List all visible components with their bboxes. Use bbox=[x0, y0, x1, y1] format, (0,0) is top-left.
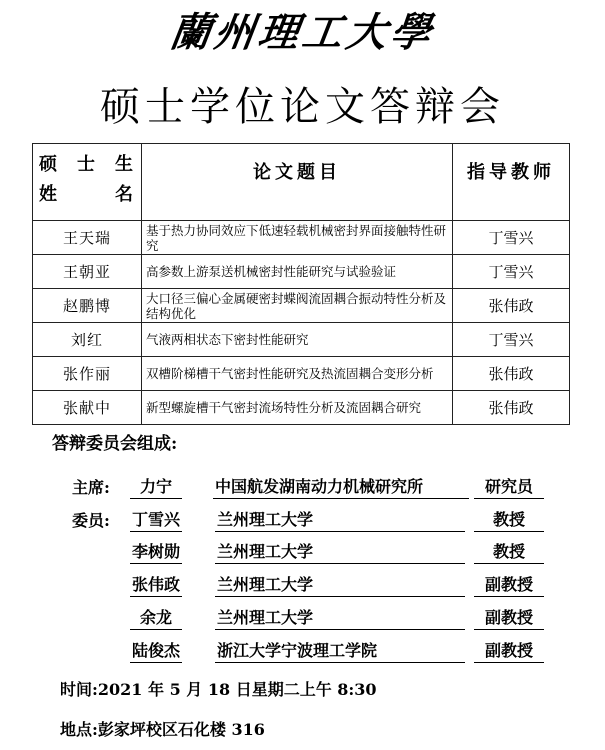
university-logo: 蘭州理工大學 bbox=[0, 8, 605, 58]
member-title: 副教授 bbox=[474, 607, 544, 630]
member-title: 副教授 bbox=[474, 574, 544, 597]
student-name: 张献中 bbox=[33, 391, 142, 425]
member-name: 张伟政 bbox=[130, 574, 182, 597]
committee-member-row: 陆俊杰 浙江大学宁波理工学院 副教授 bbox=[0, 640, 605, 668]
table-row: 王朝亚 高参数上游泵送机械密封性能研究与试验验证 丁雪兴 bbox=[33, 255, 570, 289]
student-name: 王天瑞 bbox=[33, 221, 142, 255]
student-name: 赵鹏博 bbox=[33, 289, 142, 323]
table-row: 张献中 新型螺旋槽干气密封流场特性分析及流固耦合研究 张伟政 bbox=[33, 391, 570, 425]
advisor-name: 丁雪兴 bbox=[453, 221, 570, 255]
table-row: 张作丽 双槽阶梯槽干气密封性能研究及热流固耦合变形分析 张伟政 bbox=[33, 357, 570, 391]
committee-heading: 答辩委员会组成: bbox=[52, 432, 177, 456]
committee-member-row: 委员: 丁雪兴 兰州理工大学 教授 bbox=[0, 509, 605, 537]
committee-member-row: 余龙 兰州理工大学 副教授 bbox=[0, 607, 605, 635]
committee-chair-row: 主席: 力宁 中国航发湖南动力机械研究所 研究员 bbox=[0, 476, 605, 504]
thesis-topic: 大口径三偏心金属硬密封蝶阀流固耦合振动特性分析及结构优化 bbox=[142, 289, 453, 323]
thesis-topic: 双槽阶梯槽干气密封性能研究及热流固耦合变形分析 bbox=[142, 357, 453, 391]
header-advisor: 指导教师 bbox=[453, 144, 570, 221]
table-header-row: 硕 士 生 姓 名 论文题目 指导教师 bbox=[33, 144, 570, 221]
header-thesis-topic: 论文题目 bbox=[142, 144, 453, 221]
advisor-name: 丁雪兴 bbox=[453, 255, 570, 289]
chair-label: 主席: bbox=[72, 476, 110, 500]
thesis-topic: 基于热力协同效应下低速轻载机械密封界面接触特性研究 bbox=[142, 221, 453, 255]
member-title: 副教授 bbox=[474, 640, 544, 663]
advisor-name: 张伟政 bbox=[453, 357, 570, 391]
advisor-name: 张伟政 bbox=[453, 289, 570, 323]
student-name: 张作丽 bbox=[33, 357, 142, 391]
member-org: 兰州理工大学 bbox=[215, 607, 465, 630]
chair-title: 研究员 bbox=[474, 476, 544, 499]
member-org: 浙江大学宁波理工学院 bbox=[215, 640, 465, 663]
defense-time: 时间:2021 年 5 月 18 日星期二上午 8:30 bbox=[60, 678, 377, 702]
member-title: 教授 bbox=[474, 509, 544, 532]
table-row: 赵鹏博 大口径三偏心金属硬密封蝶阀流固耦合振动特性分析及结构优化 张伟政 bbox=[33, 289, 570, 323]
committee-member-row: 张伟政 兰州理工大学 副教授 bbox=[0, 574, 605, 602]
table-row: 王天瑞 基于热力协同效应下低速轻载机械密封界面接触特性研究 丁雪兴 bbox=[33, 221, 570, 255]
member-org: 兰州理工大学 bbox=[215, 541, 465, 564]
member-name: 余龙 bbox=[130, 607, 182, 630]
page-title: 硕士学位论文答辩会 bbox=[0, 82, 605, 132]
thesis-topic: 气液两相状态下密封性能研究 bbox=[142, 323, 453, 357]
chair-org: 中国航发湖南动力机械研究所 bbox=[213, 476, 469, 499]
student-name: 刘红 bbox=[33, 323, 142, 357]
member-name: 李树勋 bbox=[130, 541, 182, 564]
member-org: 兰州理工大学 bbox=[215, 509, 465, 532]
member-title: 教授 bbox=[474, 541, 544, 564]
thesis-topic: 高参数上游泵送机械密封性能研究与试验验证 bbox=[142, 255, 453, 289]
thesis-topic: 新型螺旋槽干气密封流场特性分析及流固耦合研究 bbox=[142, 391, 453, 425]
student-name: 王朝亚 bbox=[33, 255, 142, 289]
table-row: 刘红 气液两相状态下密封性能研究 丁雪兴 bbox=[33, 323, 570, 357]
advisor-name: 张伟政 bbox=[453, 391, 570, 425]
thesis-table: 硕 士 生 姓 名 论文题目 指导教师 王天瑞 基于热力协同效应下低速轻载机械密… bbox=[32, 143, 570, 425]
chair-name: 力宁 bbox=[130, 476, 182, 499]
advisor-name: 丁雪兴 bbox=[453, 323, 570, 357]
committee-member-row: 李树勋 兰州理工大学 教授 bbox=[0, 541, 605, 569]
member-name: 陆俊杰 bbox=[130, 640, 182, 663]
member-label: 委员: bbox=[72, 509, 110, 533]
member-name: 丁雪兴 bbox=[130, 509, 182, 532]
defense-location: 地点:彭家坪校区石化楼 316 bbox=[60, 718, 265, 742]
header-student-name: 硕 士 生 姓 名 bbox=[33, 144, 142, 221]
member-org: 兰州理工大学 bbox=[215, 574, 465, 597]
